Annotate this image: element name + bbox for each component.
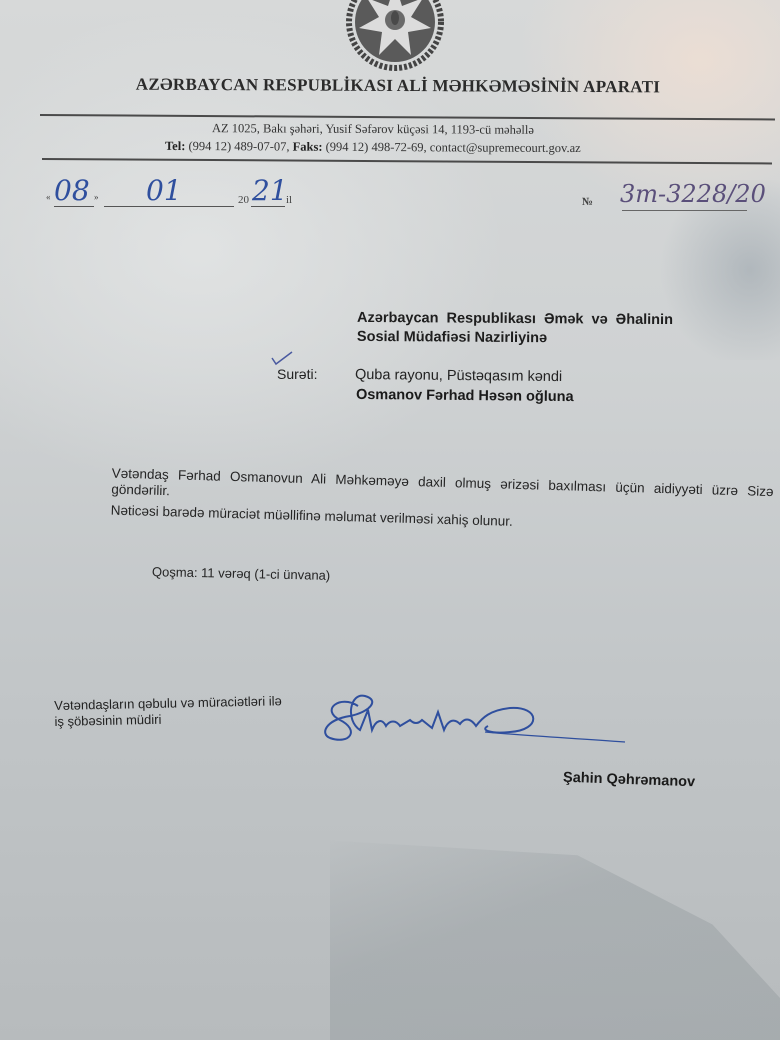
email-link[interactable]: contact@supremecourt.gov.az [430, 140, 581, 155]
number-sign: № [582, 196, 593, 208]
date-day: 08 [54, 174, 90, 207]
state-emblem-icon [345, 0, 445, 72]
date-month: 01 [146, 174, 182, 207]
tel-label: Tel: [165, 139, 185, 153]
tel-value: (994 12) 489-07-07, [188, 139, 289, 154]
copy-address: Quba rayonu, Püstəqasım kəndi [355, 367, 562, 385]
organization-contacts: Tel: (994 12) 489-07-07, Faks: (994 12) … [165, 139, 581, 156]
day-underline [54, 206, 94, 207]
date-close-quote: » [94, 192, 99, 202]
handwritten-signature [310, 690, 630, 750]
date-year-prefix: 20 [238, 194, 249, 206]
organization-name: AZƏRBAYCAN RESPUBLİKASI ALİ MƏHKƏMƏSİNİN… [8, 74, 780, 98]
recipient-block: Azərbaycan Respublikası Əmək və Əhalinin… [357, 309, 673, 349]
signer-title: Vətəndaşların qəbulu və müraciətləri ilə… [54, 693, 282, 730]
copy-recipient-name: Osmanov Fərhad Həsən oğluna [356, 387, 574, 405]
date-year-suffix: 21 [252, 174, 288, 207]
reference-number: № 3m-3228/20 [582, 176, 780, 216]
date-year-word: il [286, 194, 292, 206]
fax-value: (994 12) 498-72-69, [326, 140, 427, 155]
date-open-quote: « [46, 192, 51, 202]
year-underline [251, 206, 285, 207]
copy-label: Surəti: [277, 366, 317, 382]
recipient-line-1: Azərbaycan Respublikası Əmək və Əhalinin [357, 309, 673, 330]
recipient-line-2: Sosial Müdafiəsi Nazirliyinə [357, 328, 673, 349]
fax-label: Faks: [293, 140, 323, 154]
organization-address: AZ 1025, Bakı şəhəri, Yusif Səfərov küçə… [212, 121, 534, 138]
reference-value: 3m-3228/20 [620, 180, 766, 208]
reference-underline [622, 210, 747, 211]
document-date: « 08 » 01 20 21 il [46, 174, 306, 214]
